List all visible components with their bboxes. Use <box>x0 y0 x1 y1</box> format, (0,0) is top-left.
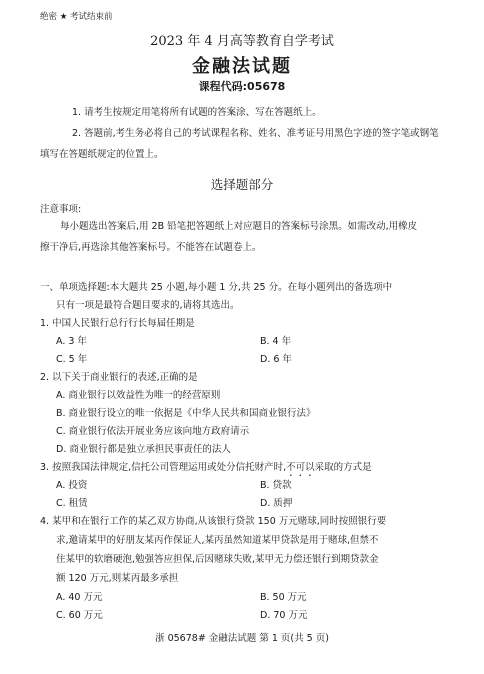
question-3-option-d: D. 质押 <box>260 494 292 514</box>
question-2-option-b: B. 商业银行设立的唯一依据是《中华人民共和国商业银行法》 <box>56 404 316 424</box>
exam-title: 2023 年 4 月高等教育自学考试 <box>0 30 484 49</box>
course-code: 课程代码:05678 <box>0 78 484 94</box>
question-4-stem-line4: 额 120 万元,则某丙最多承担 <box>56 569 178 589</box>
question-4-stem-line1: 4. 某甲和在银行工作的某乙双方协商,从该银行贷款 150 万元赌球,同时按照银… <box>40 512 386 532</box>
question-1-option-d: D. 6 年 <box>260 350 292 370</box>
question-4-option-c: C. 60 万元 <box>56 606 103 626</box>
page-footer: 浙 05678# 金融法试题 第 1 页(共 5 页) <box>0 630 484 644</box>
section-title: 选择题部分 <box>0 175 484 193</box>
question-4-stem-line3: 住某甲的软磨硬泡,勉强答应担保,后因赌球失败,某甲无力偿还银行到期贷款金 <box>56 550 379 570</box>
question-4-option-d: D. 70 万元 <box>260 606 307 626</box>
question-3-option-c: C. 租赁 <box>56 494 88 514</box>
instruction-2-line1: 2. 答题前,考生务必将自己的考试课程名称、姓名、准考证号用黑色字迹的签字笔或钢… <box>72 124 439 144</box>
instruction-1: 1. 请考生按规定用笔将所有试题的答案涂、写在答题纸上。 <box>72 103 322 123</box>
question-4-option-a: A. 40 万元 <box>56 588 102 608</box>
question-2-option-c: C. 商业银行依法开展业务应该向地方政府请示 <box>56 422 249 442</box>
question-3-stem-emphasis: 不可以 <box>286 462 315 473</box>
question-1-option-a: A. 3 年 <box>56 332 87 352</box>
question-3-option-b: B. 贷款 <box>260 476 292 496</box>
part1-heading-line1: 一、单项选择题:本大题共 25 小题,每小题 1 分,共 25 分。在每小题列出… <box>40 278 392 298</box>
subject-title: 金融法试题 <box>0 52 484 78</box>
notice-line1: 每小题选出答案后,用 2B 铅笔把答题纸上对应题目的答案标号涂黑。如需改动,用橡… <box>60 217 417 237</box>
question-2-stem: 2. 以下关于商业银行的表述,正确的是 <box>40 368 198 388</box>
question-1-option-b: B. 4 年 <box>260 332 291 352</box>
confidential-label: 绝密 ★ 考试结束前 <box>40 10 113 22</box>
question-3-stem-before: 3. 按照我国法律规定,信托公司管理运用或处分信托财产时, <box>40 462 286 473</box>
question-4-option-b: B. 50 万元 <box>260 588 307 608</box>
question-1-stem: 1. 中国人民银行总行行长每届任期是 <box>40 314 195 334</box>
question-4-stem-line2: 求,邀请某甲的好朋友某丙作保证人,某丙虽然知道某甲贷款是用于赌球,但禁不 <box>56 531 379 551</box>
question-1-option-c: C. 5 年 <box>56 350 87 370</box>
notice-line2: 擦干净后,再选涂其他答案标号。不能答在试题卷上。 <box>40 238 262 258</box>
instruction-2-line2: 填写在答题纸规定的位置上。 <box>40 145 164 165</box>
question-3-option-a: A. 投资 <box>56 476 87 496</box>
question-2-option-a: A. 商业银行以效益性为唯一的经营原则 <box>56 386 220 406</box>
part1-heading-line2: 只有一项是最符合题目要求的,请将其选出。 <box>56 296 240 316</box>
question-3-stem: 3. 按照我国法律规定,信托公司管理运用或处分信托财产时,不可以采取的方式是 <box>40 458 372 479</box>
question-2-option-d: D. 商业银行都是独立承担民事责任的法人 <box>56 440 231 460</box>
question-3-stem-after: 采取的方式是 <box>315 462 372 473</box>
